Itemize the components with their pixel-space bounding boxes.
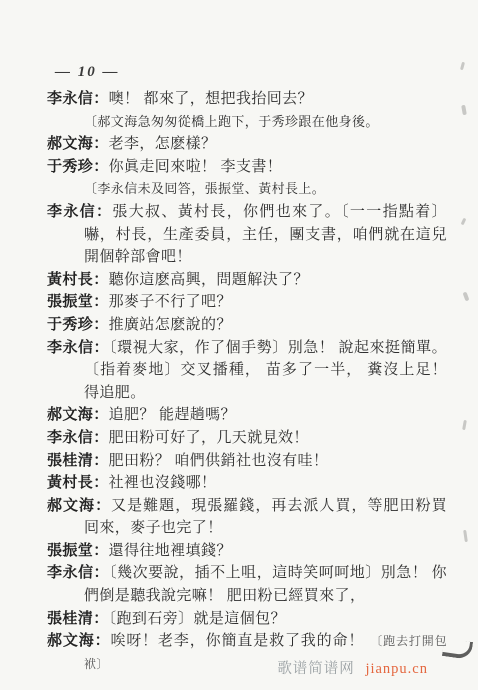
speaker-name: 于秀珍：: [47, 317, 109, 333]
dialogue-line: 李永信：〔幾次要說，插不上咀，這時笑呵呵地〕別急！ 你們倒是聽我說完嘛！ 肥田粉…: [47, 562, 447, 607]
dialogue-line: 李永信：〔環視大家，作了個手勢〕別急！ 說起來挺簡單。〔指着麥地〕交叉播種， 苗…: [47, 337, 447, 405]
dialogue-text: 社裡也沒錢哪！: [109, 475, 217, 491]
dialogue-line: 張桂清：肥田粉？ 咱們供銷社也沒有哇！: [47, 450, 447, 473]
scan-artifact: [463, 530, 468, 542]
scan-artifact: [461, 105, 467, 116]
scan-artifact: [461, 218, 467, 226]
dialogue-text: 追肥？ 能趕趟嗎？: [109, 407, 236, 423]
speaker-name: 張桂清：: [47, 611, 109, 627]
page-number: — 10 —: [55, 64, 120, 81]
speaker-name: 李永信：: [47, 340, 109, 356]
speaker-name: 李永信：: [47, 565, 109, 581]
dialogue-text: 那麥子不行了吧？: [109, 294, 232, 310]
dialogue-text: 〔環視大家，作了個手勢〕別急！ 說起來挺簡單。〔指着麥地〕交叉播種， 苗多了一半…: [84, 340, 447, 401]
dialogue-line: 郝文海：老李，怎麽樣？: [47, 133, 447, 156]
script-page: — 10 — 李永信：噢！ 都來了，想把我抬囘去？〔郝文海急匆匆從橋上跑下，于秀…: [0, 0, 478, 690]
dialogue-text: 又是難題，現張羅錢，再去派人買，等肥田粉買囘來，麥子也完了！: [84, 498, 447, 537]
speaker-name: 黃村長：: [47, 475, 109, 491]
direction-text: 〔郝文海急匆匆從橋上跑下，于秀珍跟在他身後。: [84, 114, 379, 129]
speaker-name: 張桂清：: [47, 453, 109, 469]
stage-direction: 〔李永信未及囘答，張振堂、黃村長上。: [47, 178, 447, 201]
dialogue-line: 李永信：張大叔、黃村長，你們也來了。〔一一指點着〕嚇，村長，生產委員，主任，團支…: [47, 201, 447, 269]
dialogue-text: 噢！ 都來了，想把我抬囘去？: [109, 91, 313, 107]
watermark: 歌谱简谱网 jianpu.cn: [277, 657, 428, 678]
speaker-name: 張振堂：: [47, 543, 109, 559]
speaker-name: 郝文海：: [47, 407, 109, 423]
script-body: 李永信：噢！ 都來了，想把我抬囘去？〔郝文海急匆匆從橋上跑下，于秀珍跟在他身後。…: [47, 88, 447, 675]
dialogue-line: 張振堂：還得往地裡填錢？: [47, 540, 447, 563]
speaker-name: 郝文海：: [47, 136, 109, 152]
dialogue-line: 郝文海：又是難題，現張羅錢，再去派人買，等肥田粉買囘來，麥子也完了！: [47, 495, 447, 540]
speaker-name: 黃村長：: [47, 272, 109, 288]
watermark-site-name: 歌谱简谱网: [277, 661, 355, 677]
dialogue-text: 〔跑到石旁〕就是這個包？: [109, 611, 286, 627]
dialogue-text: 推廣站怎麽說的？: [109, 317, 232, 333]
dialogue-text: 張大叔、黃村長，你們也來了。〔一一指點着〕嚇，村長，生產委員，主任，團支書，咱們…: [84, 204, 447, 265]
dialogue-text: 還得往地裡填錢？: [109, 543, 232, 559]
dialogue-line: 黃村長：社裡也沒錢哪！: [47, 472, 447, 495]
speaker-name: 李永信：: [47, 204, 112, 220]
dialogue-text: 你眞走囘來啦！ 李支書！: [109, 159, 283, 175]
dialogue-line: 黃村長：聽你這麽高興，問題解決了？: [47, 269, 447, 292]
direction-text: 〔李永信未及囘答，張振堂、黃村長上。: [84, 181, 325, 196]
speaker-name: 李永信：: [47, 91, 109, 107]
dialogue-text: 老李，怎麽樣？: [109, 136, 217, 152]
scan-artifact: [462, 420, 467, 430]
dialogue-line: 張桂清：〔跑到石旁〕就是這個包？: [47, 608, 447, 631]
dialogue-text: 肥田粉可好了，几天就見效！: [109, 430, 309, 446]
dialogue-line: 于秀珍：推廣站怎麽說的？: [47, 314, 447, 337]
dialogue-text: 唉呀！老李，你簡直是救了我的命！: [110, 633, 364, 649]
ink-smudge: [442, 638, 473, 660]
dialogue-line: 李永信：噢！ 都來了，想把我抬囘去？: [47, 88, 447, 111]
stage-direction: 〔郝文海急匆匆從橋上跑下，于秀珍跟在他身後。: [47, 111, 447, 134]
scan-artifact: [463, 292, 470, 302]
dialogue-text: 聽你這麽高興，問題解決了？: [109, 272, 309, 288]
dialogue-line: 郝文海：追肥？ 能趕趟嗎？: [47, 404, 447, 427]
dialogue-text: 〔幾次要說，插不上咀，這時笑呵呵地〕別急！ 你們倒是聽我說完嘛！ 肥田粉已經買來…: [84, 565, 447, 604]
speaker-name: 郝文海：: [47, 633, 110, 649]
dialogue-line: 李永信：肥田粉可好了，几天就見效！: [47, 427, 447, 450]
dialogue-text: 肥田粉？ 咱們供銷社也沒有哇！: [109, 453, 329, 469]
speaker-name: 于秀珍：: [47, 159, 109, 175]
dialogue-line: 于秀珍：你眞走囘來啦！ 李支書！: [47, 156, 447, 179]
speaker-name: 李永信：: [47, 430, 109, 446]
dialogue-line: 張振堂：那麥子不行了吧？: [47, 291, 447, 314]
scan-artifact: [460, 62, 465, 71]
speaker-name: 張振堂：: [47, 294, 109, 310]
speaker-name: 郝文海：: [47, 498, 111, 514]
watermark-site-url[interactable]: jianpu.cn: [365, 661, 428, 677]
